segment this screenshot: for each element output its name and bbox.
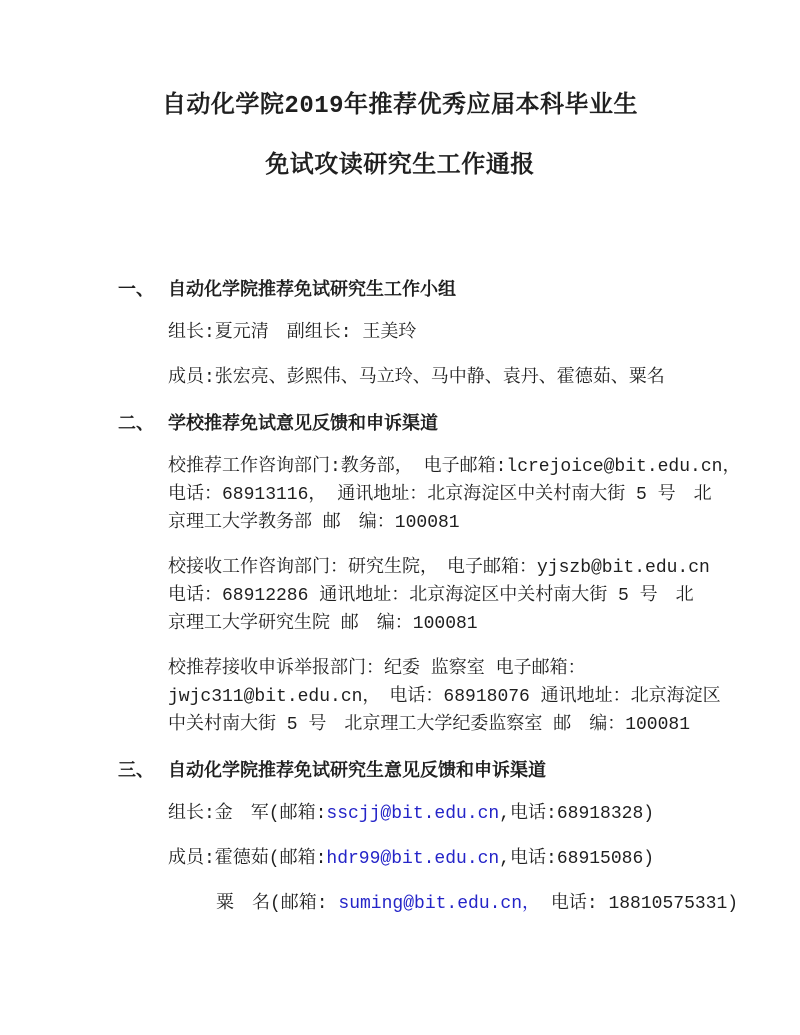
text-run: 电话：68913116， 通讯地址：北京海淀区中关村南大街 5 号 北 — [168, 485, 712, 505]
section-heading: 学校推荐免试意见反馈和申诉渠道 — [168, 412, 438, 439]
text-run: ,电话:68915086) — [499, 849, 654, 869]
section-heading-row: 一、自动化学院推荐免试研究生工作小组 — [118, 278, 718, 305]
document-section: 三、自动化学院推荐免试研究生意见反馈和申诉渠道组长:金 军(邮箱:sscjj@b… — [118, 759, 718, 918]
paragraph: 粟 名(邮箱: suming@bit.edu.cn， 电话: 188105753… — [118, 890, 718, 918]
text-run: ,电话:68918328) — [499, 804, 654, 824]
text-run: 京理工大学研究生院 邮 编：100081 — [168, 614, 478, 634]
paragraph: 成员:张宏亮、彭熙伟、马立玲、马中静、袁丹、霍德茹、粟名 — [118, 364, 718, 392]
text-line: 中关村南大街 5 号 北京理工大学纪委监察室 邮 编：100081 — [168, 711, 718, 739]
document-section: 一、自动化学院推荐免试研究生工作小组组长:夏元清 副组长: 王美玲成员:张宏亮、… — [118, 278, 718, 392]
text-run: 粟 名(邮箱: — [216, 894, 338, 914]
text-line: 京理工大学研究生院 邮 编：100081 — [168, 610, 718, 638]
text-line: 校推荐接收申诉举报部门：纪委 监察室 电子邮箱： — [168, 655, 718, 683]
email-link[interactable]: suming@bit.edu.cn， — [338, 894, 540, 914]
text-run: 电话：68912286 通讯地址：北京海淀区中关村南大街 5 号 北 — [168, 586, 694, 606]
text-line: 京理工大学教务部 邮 编：100081 — [168, 509, 718, 537]
text-line: 粟 名(邮箱: suming@bit.edu.cn， 电话: 188105753… — [216, 890, 718, 918]
email-link[interactable]: sscjj@bit.edu.cn — [326, 804, 499, 824]
text-run: 成员:张宏亮、彭熙伟、马立玲、马中静、袁丹、霍德茹、粟名 — [168, 368, 665, 388]
section-heading: 自动化学院推荐免试研究生工作小组 — [168, 278, 456, 305]
section-heading: 自动化学院推荐免试研究生意见反馈和申诉渠道 — [168, 759, 546, 786]
text-run: jwjc311@bit.edu.cn， 电话：68918076 通讯地址：北京海… — [168, 687, 721, 707]
paragraph: 成员:霍德茹(邮箱:hdr99@bit.edu.cn,电话:68915086) — [118, 845, 718, 873]
document-page: 自动化学院2019年推荐优秀应届本科毕业生 免试攻读研究生工作通报 一、自动化学… — [0, 0, 800, 1035]
document-title-line-1: 自动化学院2019年推荐优秀应届本科毕业生 — [0, 93, 800, 121]
text-run: 京理工大学教务部 邮 编：100081 — [168, 513, 460, 533]
section-heading-row: 二、学校推荐免试意见反馈和申诉渠道 — [118, 412, 718, 439]
document-section: 二、学校推荐免试意见反馈和申诉渠道校推荐工作咨询部门:教务部， 电子邮箱:lcr… — [118, 412, 718, 739]
text-line: 成员:张宏亮、彭熙伟、马立玲、马中静、袁丹、霍德茹、粟名 — [168, 364, 718, 392]
section-number: 三、 — [118, 759, 168, 786]
text-run: 校推荐工作咨询部门:教务部， 电子邮箱:lcrejoice@bit.edu.cn… — [168, 457, 740, 477]
text-run: 校接收工作咨询部门：研究生院， 电子邮箱：yjszb@bit.edu.cn — [168, 558, 710, 578]
email-link[interactable]: hdr99@bit.edu.cn — [326, 849, 499, 869]
paragraph: 校推荐接收申诉举报部门：纪委 监察室 电子邮箱：jwjc311@bit.edu.… — [118, 655, 718, 739]
text-line: 组长:金 军(邮箱:sscjj@bit.edu.cn,电话:68918328) — [168, 800, 718, 828]
section-number: 二、 — [118, 412, 168, 439]
text-run: 电话: 18810575331) — [540, 894, 738, 914]
paragraph: 组长:金 军(邮箱:sscjj@bit.edu.cn,电话:68918328) — [118, 800, 718, 828]
paragraph: 组长:夏元清 副组长: 王美玲 — [118, 319, 718, 347]
text-run: 成员:霍德茹(邮箱: — [168, 849, 326, 869]
text-line: 电话：68912286 通讯地址：北京海淀区中关村南大街 5 号 北 — [168, 582, 718, 610]
document-title-line-2: 免试攻读研究生工作通报 — [0, 153, 800, 181]
text-line: 成员:霍德茹(邮箱:hdr99@bit.edu.cn,电话:68915086) — [168, 845, 718, 873]
text-run: 组长:金 军(邮箱: — [168, 804, 326, 824]
paragraph: 校接收工作咨询部门：研究生院， 电子邮箱：yjszb@bit.edu.cn电话：… — [118, 554, 718, 638]
text-line: 组长:夏元清 副组长: 王美玲 — [168, 319, 718, 347]
text-line: 校接收工作咨询部门：研究生院， 电子邮箱：yjszb@bit.edu.cn — [168, 554, 718, 582]
text-run: 校推荐接收申诉举报部门：纪委 监察室 电子邮箱： — [168, 659, 586, 679]
section-heading-row: 三、自动化学院推荐免试研究生意见反馈和申诉渠道 — [118, 759, 718, 786]
text-run: 组长:夏元清 副组长: 王美玲 — [168, 323, 416, 343]
text-run: 中关村南大街 5 号 北京理工大学纪委监察室 邮 编：100081 — [168, 715, 690, 735]
document-body: 一、自动化学院推荐免试研究生工作小组组长:夏元清 副组长: 王美玲成员:张宏亮、… — [118, 278, 718, 935]
text-line: 校推荐工作咨询部门:教务部， 电子邮箱:lcrejoice@bit.edu.cn… — [168, 453, 718, 481]
paragraph: 校推荐工作咨询部门:教务部， 电子邮箱:lcrejoice@bit.edu.cn… — [118, 453, 718, 537]
text-line: 电话：68913116， 通讯地址：北京海淀区中关村南大街 5 号 北 — [168, 481, 718, 509]
text-line: jwjc311@bit.edu.cn， 电话：68918076 通讯地址：北京海… — [168, 683, 718, 711]
section-number: 一、 — [118, 278, 168, 305]
